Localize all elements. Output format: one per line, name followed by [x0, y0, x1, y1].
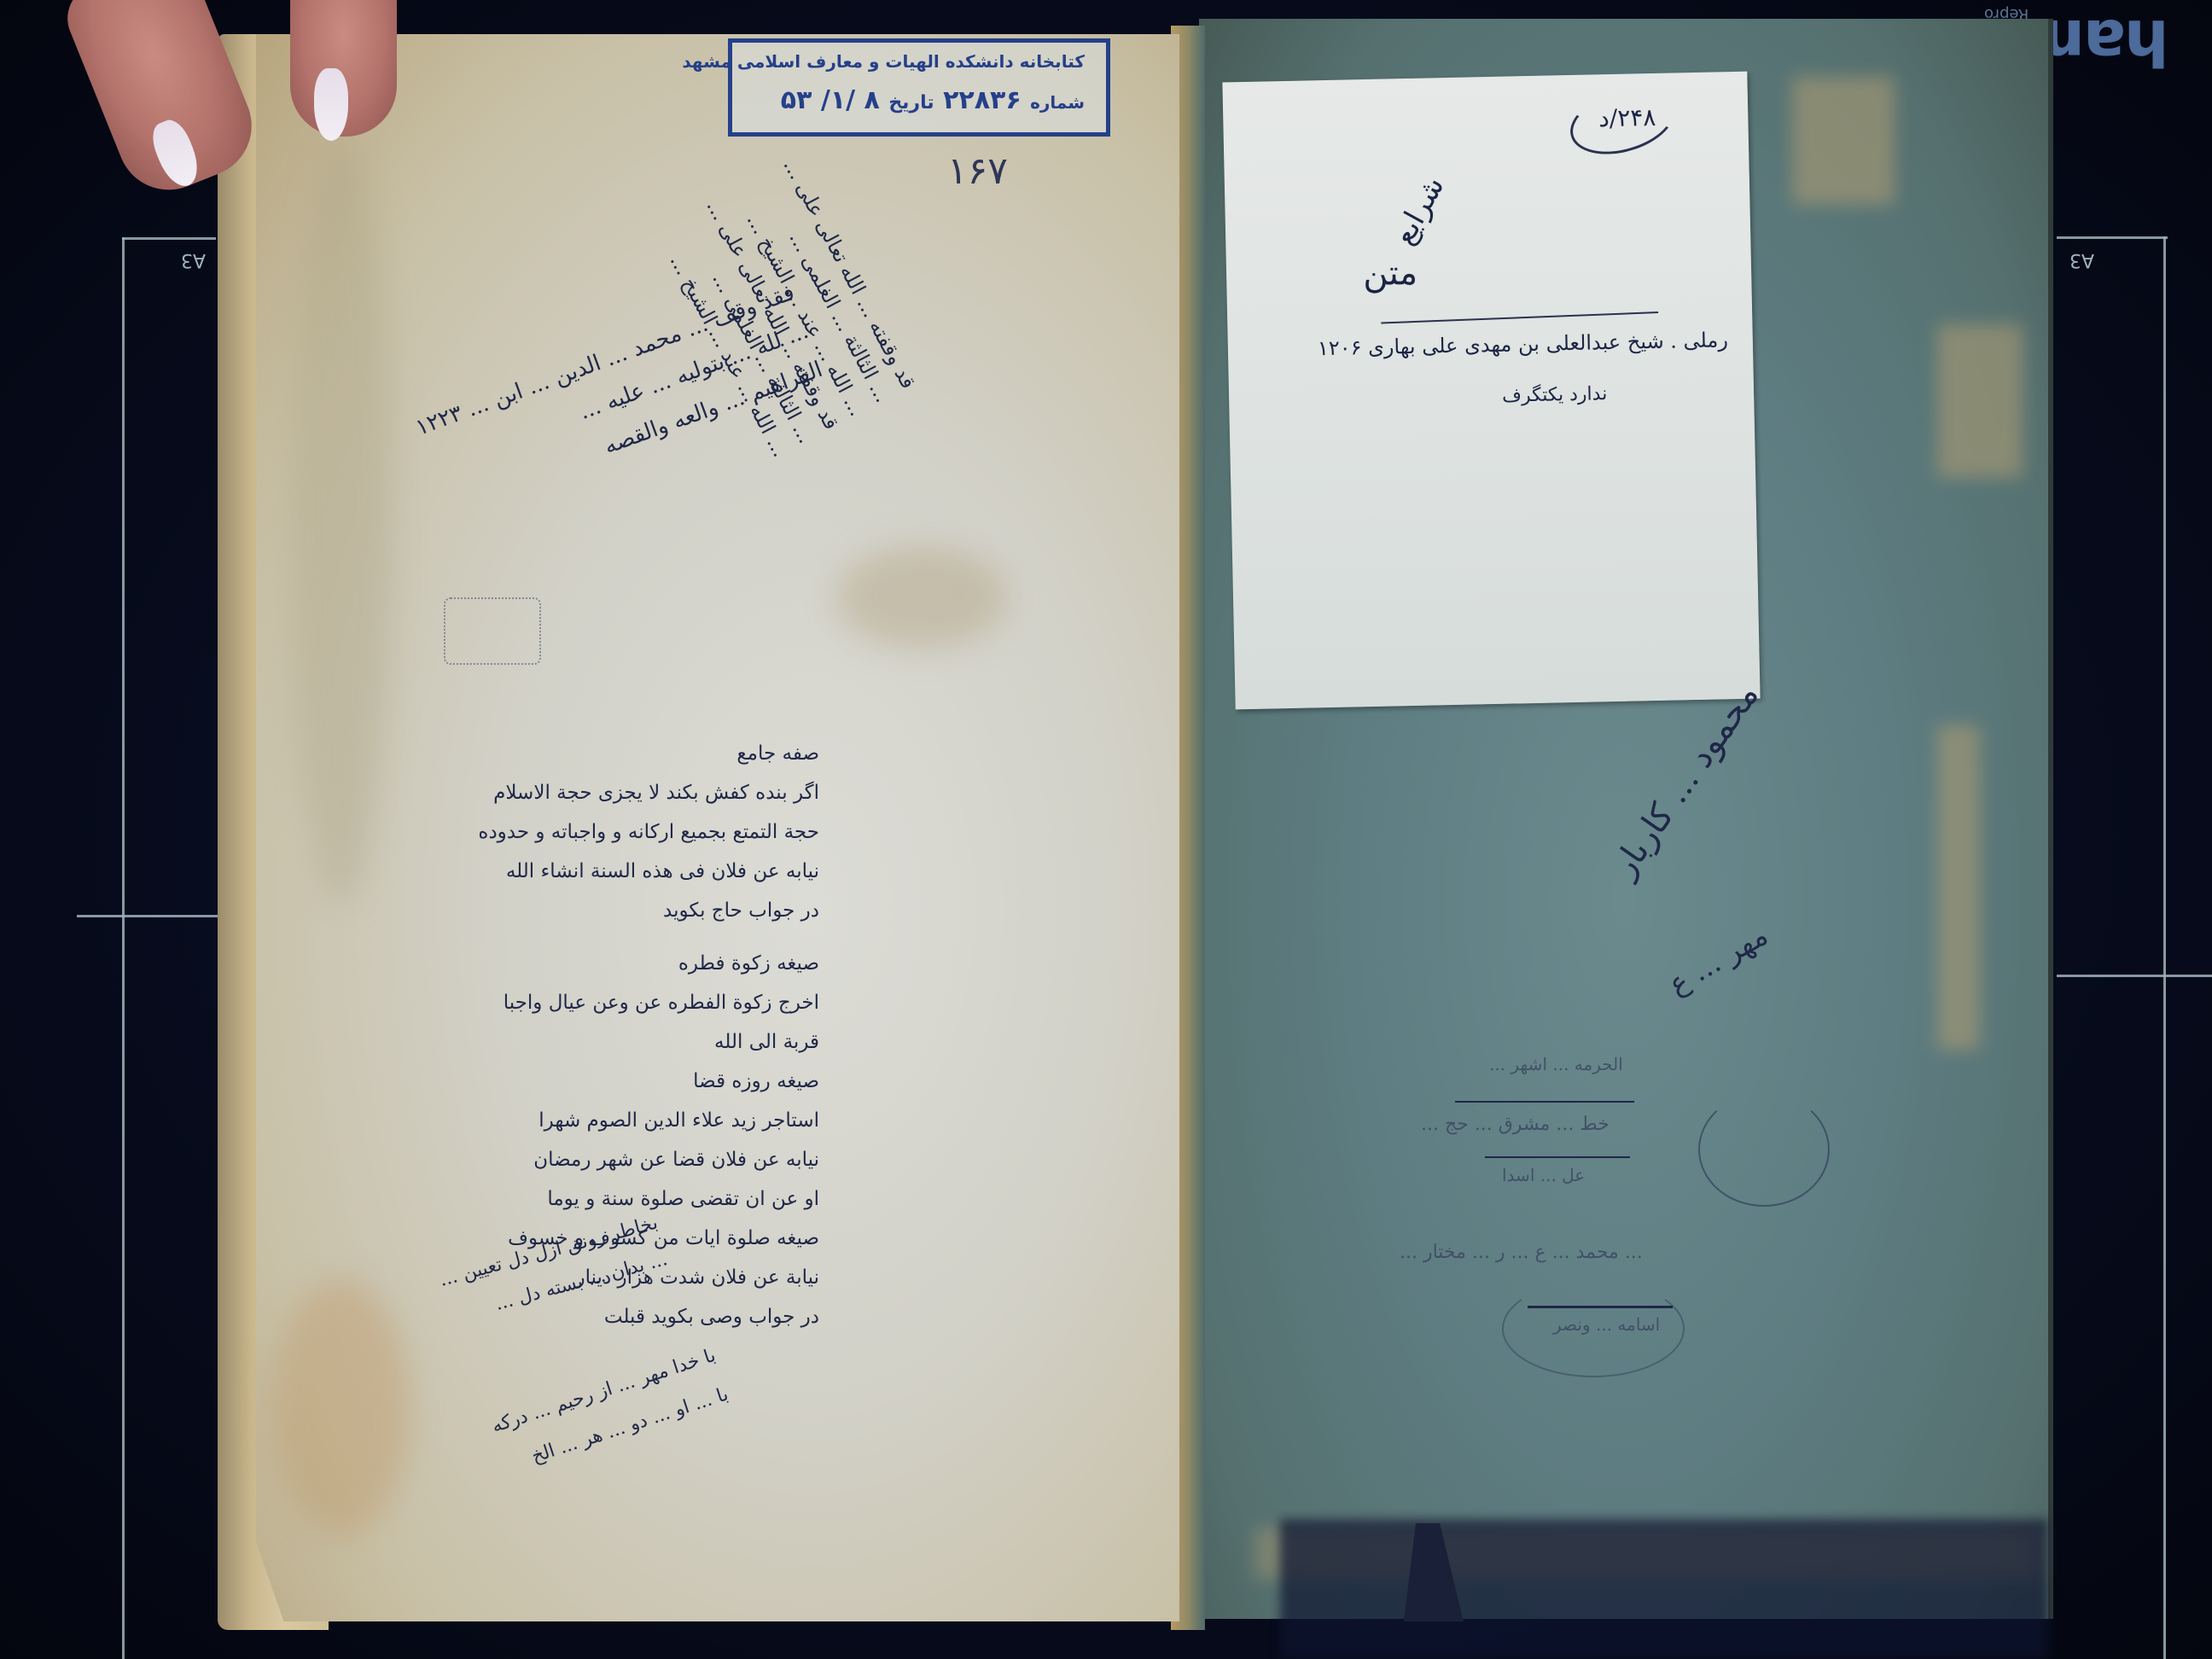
- grid-line-left-top: [122, 237, 216, 240]
- grid-line-right-top: [2057, 236, 2168, 239]
- cover-rule: [1485, 1156, 1630, 1158]
- formula-item: در جواب حاج بکوید: [614, 891, 819, 930]
- catalog-number: ۲۴۸/د: [1598, 103, 1656, 132]
- grid-line-right-vertical: [2163, 236, 2166, 1659]
- catalog-paper-label: ۲۴۸/د شرایع متن رملی . شیخ عبدالعلی بن م…: [1222, 72, 1760, 710]
- label-note-line: ندارد یکتگرف: [1502, 383, 1608, 407]
- label-divider: [1381, 311, 1658, 323]
- label-title-line1: شرایع: [1387, 171, 1452, 250]
- formula-item: صیغه زکوة فطره: [614, 944, 819, 983]
- shelf-number: ۱۶۷: [947, 149, 1008, 193]
- formula-item: اگر بنده کفش بکند لا یجزی حجة الاسلام: [614, 773, 819, 812]
- stamp-number-label: شماره: [1030, 92, 1085, 113]
- stamp-library-name: کتابخانه دانشکده الهیات و معارف اسلامی م…: [682, 51, 1085, 72]
- formula-item: صفه جامع: [614, 734, 819, 773]
- scale-label-left: A3: [181, 249, 206, 271]
- cover-note: ... محمد ... ع ... ر ... مختار ...: [1400, 1242, 1643, 1263]
- formula-item: نیابه عن فلان قضا عن شهر رمضان: [614, 1140, 819, 1179]
- grid-line-right-horizontal: [2057, 975, 2212, 977]
- cover-note: عل ... اسدا: [1502, 1165, 1585, 1185]
- label-author-line: رملی . شیخ عبدالعلی بن مهدی علی بهاری ۱۲…: [1318, 328, 1729, 360]
- stamp-number-row: شماره ۲۲۸۳۶ تاریخ ۸ /۱/ ۵۳: [781, 85, 1085, 115]
- cover-rule: [1455, 1101, 1634, 1103]
- formula-item: قربة الی الله: [614, 1022, 819, 1062]
- grid-line-left-vertical: [122, 237, 125, 1659]
- water-stain: [273, 1280, 410, 1536]
- bottom-shadow: [1280, 1519, 2048, 1659]
- cover-note: الحرمه ... اشهر ...: [1489, 1054, 1623, 1074]
- fingernail: [314, 68, 348, 141]
- cover-seal-outline: [1502, 1280, 1685, 1377]
- water-stain: [290, 137, 393, 905]
- label-title-line2: متن: [1363, 253, 1418, 294]
- scale-label-right: A3: [2069, 249, 2094, 271]
- cover-seal-outline: [1698, 1092, 1830, 1207]
- formula-item: صیغه روزه قضا: [614, 1062, 819, 1101]
- cover-stain: [1792, 77, 1895, 205]
- water-stain: [836, 546, 1007, 649]
- cover-stain: [1937, 324, 2023, 478]
- formula-item: نیابه عن فلان فی هذه السنة انشاء الله: [614, 852, 819, 891]
- formula-item: در جواب وصی بکوید قبلت: [614, 1297, 819, 1336]
- grid-line-left-horizontal: [77, 915, 218, 917]
- seal-impression: [444, 597, 541, 665]
- library-stamp: کتابخانه دانشکده الهیات و معارف اسلامی م…: [728, 38, 1110, 137]
- formula-item: اخرج زکوة الفطره عن وعن عیال واجبا: [614, 983, 819, 1022]
- cover-note: خط ... مشرق ... حج ...: [1421, 1114, 1610, 1135]
- stamp-date: ۸ /۱/ ۵۳: [781, 85, 880, 115]
- stamp-date-label: تاریخ: [888, 92, 934, 114]
- formula-item: استاجر زید علاء الدین الصوم شهرا: [614, 1101, 819, 1140]
- cover-stain: [1937, 725, 1980, 1050]
- stamp-number: ۲۲۸۳۶: [943, 85, 1022, 115]
- formula-item: حجة التمتع بجمیع ارکانه و واجباته و حدود…: [614, 812, 819, 852]
